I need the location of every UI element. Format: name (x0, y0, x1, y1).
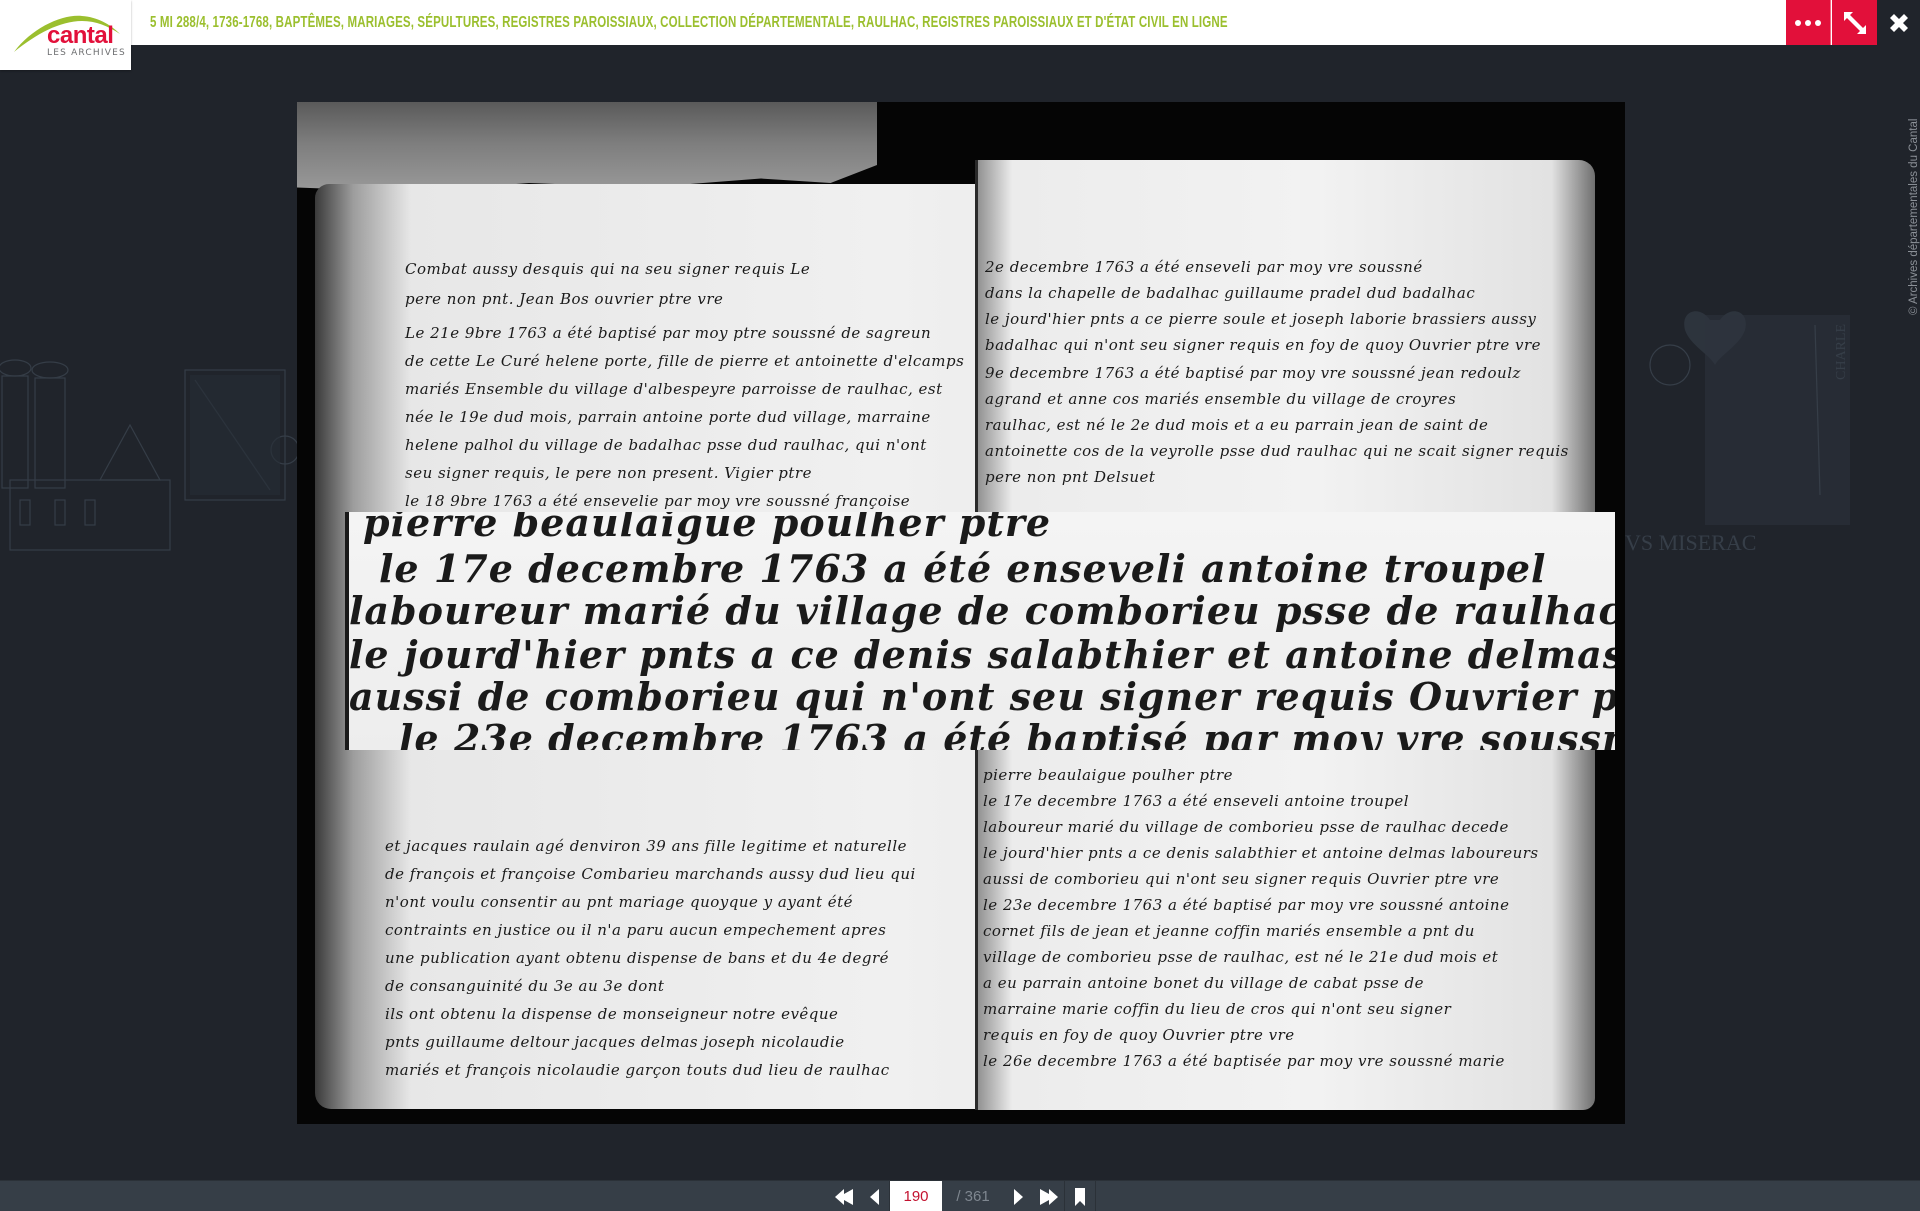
handwritten-line: le 17e decembre 1763 a été enseveli anto… (983, 794, 1409, 809)
handwritten-line: mariés Ensemble du village d'albespeyre … (405, 382, 943, 397)
triangle-left-icon (868, 1188, 880, 1206)
copyright-notice: © Archives départementales du Cantal (1908, 119, 1920, 315)
handwritten-line: une publication ayant obtenu dispense de… (385, 951, 889, 966)
close-button[interactable] (1877, 0, 1920, 45)
handwritten-line: le 26e decembre 1763 a été baptisée par … (983, 1054, 1505, 1069)
bookmark-icon (1074, 1187, 1086, 1207)
handwritten-line: Le 21e 9bre 1763 a été baptisé par moy p… (405, 326, 931, 341)
previous-page-button[interactable] (859, 1181, 889, 1211)
handwritten-line-zoomed: aussi de comborieu qui n'ont seu signer … (349, 678, 1615, 716)
ellipsis-icon (1795, 20, 1821, 26)
handwritten-line: le 18 9bre 1763 a été ensevelie par moy … (405, 494, 910, 509)
handwritten-line: contraints en justice ou il n'a paru auc… (385, 923, 886, 938)
svg-text:VS MISERAC: VS MISERAC (1625, 530, 1756, 555)
handwritten-line: 9e decembre 1763 a été baptisé par moy v… (985, 366, 1521, 381)
bookmark-button[interactable] (1065, 1181, 1095, 1211)
handwritten-line: de cette Le Curé helene porte, fille de … (405, 354, 964, 369)
handwritten-line: laboureur marié du village de comborieu … (983, 820, 1509, 835)
last-page-button[interactable] (1034, 1181, 1064, 1211)
handwritten-line: le 23e decembre 1763 a été baptisé par m… (983, 898, 1509, 913)
handwritten-line: aussi de comborieu qui n'ont seu signer … (983, 872, 1499, 887)
handwritten-line: de françois et françoise Combarieu march… (385, 867, 916, 882)
pagination-bar: / 361 (0, 1180, 1920, 1211)
handwritten-line: helene palhol du village de badalhac pss… (405, 438, 927, 453)
handwritten-line: raulhac, est né le 2e dud mois et a eu p… (985, 418, 1488, 433)
background-illustration-right: CHARLE VS MISERAC (1625, 295, 1915, 555)
handwritten-line-zoomed: le 17e decembre 1763 a été enseveli anto… (379, 550, 1546, 588)
handwritten-line: le jourd'hier pnts a ce denis salabthier… (983, 846, 1539, 861)
archive-viewer-app: 5 MI 288/4, 1736-1768, BAPTÊMES, MARIAGE… (0, 0, 1920, 1211)
background-illustration-left (0, 340, 300, 570)
handwritten-line: de consanguinité du 3e au 3e dont (385, 979, 664, 994)
handwritten-line: pnts guillaume deltour jacques delmas jo… (385, 1035, 845, 1050)
pager-controls: / 361 (829, 1181, 1096, 1211)
logo-subtitle: LES ARCHIVES (47, 48, 126, 58)
triangle-right-icon (1013, 1188, 1025, 1206)
handwritten-line: pere non pnt. Jean Bos ouvrier ptre vre (405, 292, 723, 307)
magnifier-strip[interactable]: pierre beaulaigue poulher ptre le 17e de… (345, 512, 1615, 750)
handwritten-line: dans la chapelle de badalhac guillaume p… (985, 286, 1475, 301)
first-page-button[interactable] (829, 1181, 859, 1211)
document-image-viewer[interactable]: Combat aussy desquis qui na seu signer r… (297, 102, 1625, 1124)
double-chevron-right-icon (1038, 1188, 1060, 1206)
total-pages-label: / 361 (942, 1181, 1004, 1211)
logo-wordmark: cantal (47, 24, 113, 48)
header-bar: 5 MI 288/4, 1736-1768, BAPTÊMES, MARIAGE… (0, 0, 1920, 45)
divider (1095, 1181, 1096, 1211)
handwritten-line: a eu parrain antoine bonet du village de… (983, 976, 1424, 991)
handwritten-line: marraine marie coffin du lieu de cros qu… (983, 1002, 1451, 1017)
handwritten-line: Combat aussy desquis qui na seu signer r… (405, 262, 810, 277)
handwritten-line-zoomed: laboureur marié du village de comborieu … (349, 592, 1615, 630)
handwritten-line: antoinette cos de la veyrolle psse dud r… (985, 444, 1569, 459)
expand-arrows-icon (1842, 10, 1868, 36)
double-chevron-left-icon (833, 1188, 855, 1206)
handwritten-line-zoomed: le 23e decembre 1763 a été baptisé par m… (399, 720, 1615, 750)
handwritten-line-zoomed: le jourd'hier pnts a ce denis salabthier… (349, 636, 1615, 674)
torn-paper-edge (297, 102, 877, 192)
handwritten-line: n'ont voulu consentir au pnt mariage quo… (385, 895, 853, 910)
handwritten-line: badalhac qui n'ont seu signer requis en … (985, 338, 1541, 353)
handwritten-line: pere non pnt Delsuet (985, 470, 1155, 485)
handwritten-line-zoomed: pierre beaulaigue poulher ptre (363, 512, 1051, 542)
current-page-input[interactable] (890, 1181, 942, 1211)
handwritten-line: cornet fils de jean et jeanne coffin mar… (983, 924, 1475, 939)
close-x-icon (1887, 11, 1911, 35)
handwritten-line: née le 19e dud mois, parrain antoine por… (405, 410, 931, 425)
cantal-archives-logo[interactable]: cantal LES ARCHIVES (0, 0, 131, 70)
handwritten-line: ils ont obtenu la dispense de monseigneu… (385, 1007, 838, 1022)
handwritten-line: village de comborieu psse de raulhac, es… (983, 950, 1498, 965)
document-title: 5 MI 288/4, 1736-1768, BAPTÊMES, MARIAGE… (150, 12, 1228, 34)
handwritten-line: agrand et anne cos mariés ensemble du vi… (985, 392, 1456, 407)
svg-text:CHARLE: CHARLE (1834, 324, 1849, 380)
handwritten-line: pierre beaulaigue poulher ptre (983, 768, 1233, 783)
next-page-button[interactable] (1004, 1181, 1034, 1211)
more-options-button[interactable] (1786, 0, 1831, 45)
handwritten-line: 2e decembre 1763 a été enseveli par moy … (985, 260, 1423, 275)
handwritten-line: le jourd'hier pnts a ce pierre soule et … (985, 312, 1536, 327)
handwritten-line: et jacques raulain agé denviron 39 ans f… (385, 839, 907, 854)
handwritten-line: mariés et françois nicolaudie garçon tou… (385, 1063, 890, 1078)
handwritten-line: requis en foy de quoy Ouvrier ptre vre (983, 1028, 1295, 1043)
fullscreen-button[interactable] (1832, 0, 1877, 45)
handwritten-line: seu signer requis, le pere non present. … (405, 466, 812, 481)
